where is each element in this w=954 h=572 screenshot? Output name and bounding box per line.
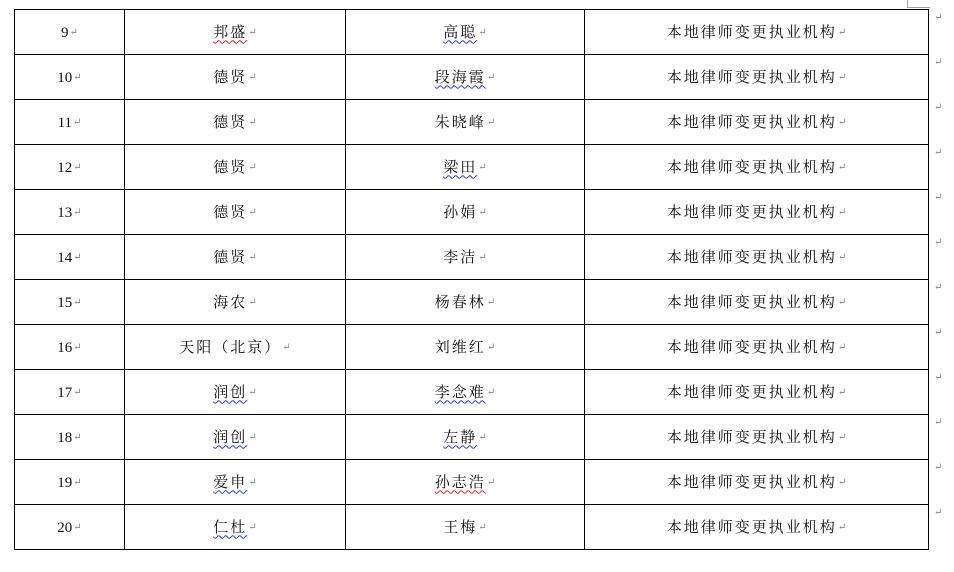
cell-matter[interactable]: 本地律师变更执业机构↵ [585,55,929,100]
cell-firm[interactable]: 德贤↵ [125,55,346,100]
paragraph-mark-icon: ↵ [73,72,81,83]
paragraph-mark-icon: ↵ [73,522,81,533]
cell-matter-text: 本地律师变更执业机构 [667,203,837,221]
cell-lawyer[interactable]: 孙志浩↵ [346,460,585,505]
row-end-mark-icon: ↵ [934,12,942,23]
paragraph-mark-icon: ↵ [73,342,81,353]
paragraph-mark-icon: ↵ [838,117,846,128]
cell-matter[interactable]: 本地律师变更执业机构↵ [585,280,929,325]
cell-number[interactable]: 16↵ [15,325,125,370]
page-corner-mark [907,0,930,8]
cell-number[interactable]: 11↵ [15,100,125,145]
row-end-mark-icon: ↵ [934,57,942,68]
cell-lawyer[interactable]: 王梅↵ [346,505,585,550]
cell-number-text: 18 [57,430,72,446]
table-row: 15↵海农↵杨春林↵本地律师变更执业机构↵ [15,280,929,325]
cell-lawyer[interactable]: 孙娟↵ [346,190,585,235]
paragraph-mark-icon: ↵ [838,207,846,218]
cell-matter[interactable]: 本地律师变更执业机构↵ [585,460,929,505]
cell-lawyer[interactable]: 朱晓峰↵ [346,100,585,145]
cell-number-text: 12 [57,160,72,176]
cell-lawyer-text: 王梅 [443,518,477,536]
paragraph-mark-icon: ↵ [248,522,256,533]
cell-matter-text: 本地律师变更执业机构 [667,68,837,86]
paragraph-mark-icon: ↵ [248,477,256,488]
paragraph-mark-icon: ↵ [487,72,495,83]
paragraph-mark-icon: ↵ [838,522,846,533]
cell-matter-text: 本地律师变更执业机构 [667,383,837,401]
row-end-mark-icon: ↵ [934,237,942,248]
table-row: 14↵德贤↵李洁↵本地律师变更执业机构↵ [15,235,929,280]
cell-lawyer[interactable]: 刘维红↵ [346,325,585,370]
cell-firm[interactable]: 德贤↵ [125,190,346,235]
cell-firm-text: 爱申 [213,473,247,491]
cell-matter[interactable]: 本地律师变更执业机构↵ [585,235,929,280]
paragraph-mark-icon: ↵ [478,27,486,38]
paragraph-mark-icon: ↵ [248,162,256,173]
paragraph-mark-icon: ↵ [282,342,290,353]
cell-number-text: 20 [57,520,72,536]
cell-number-text: 11 [58,115,72,131]
row-end-mark-icon: ↵ [934,462,942,473]
row-end-mark-icon: ↵ [934,192,942,203]
table-row: 13↵德贤↵孙娟↵本地律师变更执业机构↵ [15,190,929,235]
cell-number[interactable]: 15↵ [15,280,125,325]
paragraph-mark-icon: ↵ [838,432,846,443]
cell-number[interactable]: 13↵ [15,190,125,235]
paragraph-mark-icon: ↵ [838,297,846,308]
paragraph-mark-icon: ↵ [73,207,81,218]
cell-firm[interactable]: 海农↵ [125,280,346,325]
cell-lawyer-text: 李念难 [435,383,486,401]
cell-lawyer[interactable]: 高聪↵ [346,10,585,55]
cell-firm[interactable]: 爱申↵ [125,460,346,505]
cell-lawyer[interactable]: 李念难↵ [346,370,585,415]
cell-matter-text: 本地律师变更执业机构 [667,473,837,491]
paragraph-mark-icon: ↵ [838,72,846,83]
cell-lawyer-text: 左静 [443,428,477,446]
paragraph-mark-icon: ↵ [487,117,495,128]
cell-number[interactable]: 18↵ [15,415,125,460]
paragraph-mark-icon: ↵ [248,117,256,128]
cell-firm-text: 德贤 [213,113,247,131]
paragraph-mark-icon: ↵ [248,252,256,263]
cell-number[interactable]: 14↵ [15,235,125,280]
cell-matter-text: 本地律师变更执业机构 [667,338,837,356]
cell-number[interactable]: 12↵ [15,145,125,190]
row-end-mark-icon: ↵ [934,417,942,428]
cell-lawyer[interactable]: 段海霞↵ [346,55,585,100]
cell-firm-text: 天阳（北京） [179,338,281,356]
cell-firm-text: 德贤 [213,68,247,86]
paragraph-mark-icon: ↵ [248,387,256,398]
cell-number-text: 19 [57,475,72,491]
paragraph-mark-icon: ↵ [248,72,256,83]
paragraph-mark-icon: ↵ [487,342,495,353]
table-row: 19↵爱申↵孙志浩↵本地律师变更执业机构↵ [15,460,929,505]
cell-number-text: 13 [57,205,72,221]
paragraph-mark-icon: ↵ [73,432,81,443]
row-end-mark-icon: ↵ [934,147,942,158]
cell-firm[interactable]: 润创↵ [125,415,346,460]
row-end-mark-icon: ↵ [934,282,942,293]
cell-lawyer[interactable]: 左静↵ [346,415,585,460]
cell-number[interactable]: 17↵ [15,370,125,415]
paragraph-mark-icon: ↵ [838,387,846,398]
paragraph-mark-icon: ↵ [248,297,256,308]
cell-matter[interactable]: 本地律师变更执业机构↵ [585,415,929,460]
paragraph-mark-icon: ↵ [487,297,495,308]
table-row: 9↵邦盛↵高聪↵本地律师变更执业机构↵ [15,10,929,55]
cell-firm-text: 德贤 [213,158,247,176]
paragraph-mark-icon: ↵ [73,387,81,398]
paragraph-mark-icon: ↵ [73,297,81,308]
paragraph-mark-icon: ↵ [73,162,81,173]
cell-firm-text: 润创 [213,383,247,401]
lawyer-change-table: 9↵邦盛↵高聪↵本地律师变更执业机构↵10↵德贤↵段海霞↵本地律师变更执业机构↵… [14,9,929,550]
paragraph-mark-icon: ↵ [838,342,846,353]
cell-lawyer-text: 高聪 [443,23,477,41]
cell-firm[interactable]: 德贤↵ [125,145,346,190]
cell-number-text: 10 [57,70,72,86]
cell-matter-text: 本地律师变更执业机构 [667,428,837,446]
cell-number-text: 14 [57,250,72,266]
row-end-mark-icon: ↵ [934,372,942,383]
cell-matter-text: 本地律师变更执业机构 [667,113,837,131]
cell-matter[interactable]: 本地律师变更执业机构↵ [585,10,929,55]
paragraph-mark-icon: ↵ [478,432,486,443]
cell-firm-text: 海农 [213,293,247,311]
table-row: 16↵天阳（北京）↵刘维红↵本地律师变更执业机构↵ [15,325,929,370]
cell-matter[interactable]: 本地律师变更执业机构↵ [585,145,929,190]
cell-lawyer[interactable]: 杨春林↵ [346,280,585,325]
table-row: 20↵仁杜↵王梅↵本地律师变更执业机构↵ [15,505,929,550]
cell-lawyer-text: 孙娟 [443,203,477,221]
cell-matter[interactable]: 本地律师变更执业机构↵ [585,370,929,415]
cell-matter-text: 本地律师变更执业机构 [667,248,837,266]
table-row: 10↵德贤↵段海霞↵本地律师变更执业机构↵ [15,55,929,100]
cell-matter-text: 本地律师变更执业机构 [667,518,837,536]
paragraph-mark-icon: ↵ [838,162,846,173]
cell-lawyer-text: 梁田 [443,158,477,176]
cell-number-text: 16 [57,340,72,356]
paragraph-mark-icon: ↵ [487,477,495,488]
cell-firm[interactable]: 天阳（北京）↵ [125,325,346,370]
row-end-mark-icon: ↵ [934,102,942,113]
cell-firm-text: 润创 [213,428,247,446]
paragraph-mark-icon: ↵ [73,477,81,488]
cell-number[interactable]: 10↵ [15,55,125,100]
cell-firm[interactable]: 德贤↵ [125,235,346,280]
paragraph-mark-icon: ↵ [838,477,846,488]
cell-firm-text: 仁杜 [213,518,247,536]
cell-firm-text: 邦盛 [213,23,247,41]
paragraph-mark-icon: ↵ [248,207,256,218]
cell-firm[interactable]: 仁杜↵ [125,505,346,550]
cell-matter-text: 本地律师变更执业机构 [667,158,837,176]
cell-number[interactable]: 9↵ [15,10,125,55]
cell-lawyer-text: 刘维红 [435,338,486,356]
cell-number-text: 15 [57,295,72,311]
row-end-mark-icon: ↵ [934,327,942,338]
paragraph-mark-icon: ↵ [478,162,486,173]
cell-matter[interactable]: 本地律师变更执业机构↵ [585,325,929,370]
paragraph-mark-icon: ↵ [838,252,846,263]
paragraph-mark-icon: ↵ [478,522,486,533]
cell-firm[interactable]: 润创↵ [125,370,346,415]
row-end-mark-icon: ↵ [934,507,942,518]
cell-matter[interactable]: 本地律师变更执业机构↵ [585,505,929,550]
table-row: 11↵德贤↵朱晓峰↵本地律师变更执业机构↵ [15,100,929,145]
cell-lawyer[interactable]: 李洁↵ [346,235,585,280]
paragraph-mark-icon: ↵ [70,27,78,38]
cell-firm-text: 德贤 [213,203,247,221]
table-row: 17↵润创↵李念难↵本地律师变更执业机构↵ [15,370,929,415]
cell-matter-text: 本地律师变更执业机构 [667,293,837,311]
cell-lawyer-text: 孙志浩 [435,473,486,491]
paragraph-mark-icon: ↵ [73,252,81,263]
table-row: 12↵德贤↵梁田↵本地律师变更执业机构↵ [15,145,929,190]
paragraph-mark-icon: ↵ [478,252,486,263]
cell-lawyer-text: 段海霞 [435,68,486,86]
cell-lawyer-text: 杨春林 [435,293,486,311]
paragraph-mark-icon: ↵ [248,432,256,443]
paragraph-mark-icon: ↵ [838,27,846,38]
cell-matter-text: 本地律师变更执业机构 [667,23,837,41]
cell-firm[interactable]: 德贤↵ [125,100,346,145]
paragraph-mark-icon: ↵ [248,27,256,38]
cell-matter[interactable]: 本地律师变更执业机构↵ [585,100,929,145]
cell-matter[interactable]: 本地律师变更执业机构↵ [585,190,929,235]
cell-lawyer-text: 朱晓峰 [435,113,486,131]
paragraph-mark-icon: ↵ [478,207,486,218]
paragraph-mark-icon: ↵ [487,387,495,398]
cell-firm[interactable]: 邦盛↵ [125,10,346,55]
cell-number[interactable]: 20↵ [15,505,125,550]
cell-lawyer[interactable]: 梁田↵ [346,145,585,190]
table-row: 18↵润创↵左静↵本地律师变更执业机构↵ [15,415,929,460]
cell-lawyer-text: 李洁 [443,248,477,266]
cell-firm-text: 德贤 [213,248,247,266]
paragraph-mark-icon: ↵ [73,117,81,128]
cell-number[interactable]: 19↵ [15,460,125,505]
cell-number-text: 9 [61,25,69,41]
cell-number-text: 17 [57,385,72,401]
